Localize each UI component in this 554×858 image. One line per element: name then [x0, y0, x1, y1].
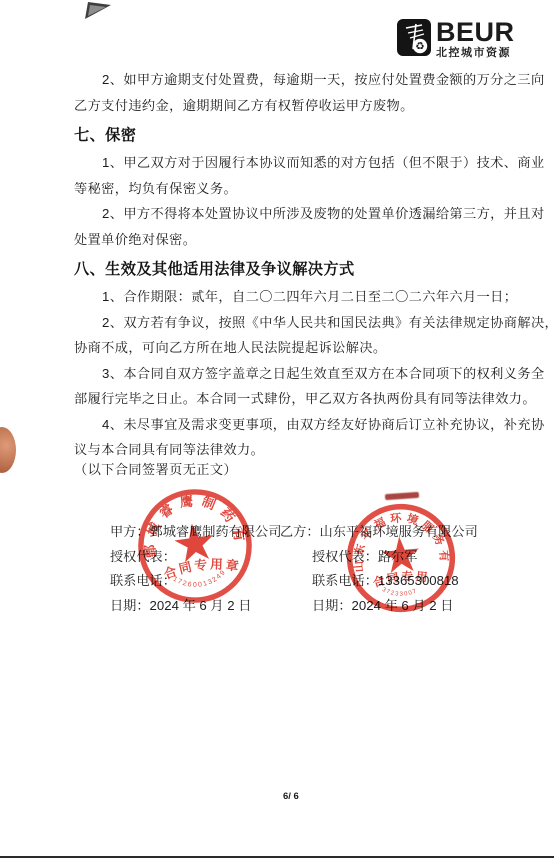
contract-line: 1、甲乙双方对于因履行本协议而知悉的对方包括（但不限于）技术、商业 [74, 150, 494, 176]
seal-b-star-icon [381, 535, 421, 574]
seal-a-star-icon [172, 521, 216, 563]
beur-logo-badge-icon: ♻ [397, 19, 431, 56]
logo-brand-text: BEUR [436, 19, 515, 46]
contract-line: 4、未尽事宜及需求变更事项，由双方经友好协商后订立补充协议，补充协 [74, 412, 494, 438]
contract-line: 2、甲方不得将本处置协议中所涉及废物的处置单价透漏给第三方，并且对 [74, 201, 494, 227]
company-seal-party-a: 鄄城睿鹰制药有限公司 合同专用章 17260013249 [128, 479, 261, 612]
contract-line: 2、双方若有争议，按照《中华人民共和国民法典》有关法律规定协商解决， [74, 310, 494, 336]
contract-line: 乙方支付违约金，逾期期间乙方有权暂停收运甲方废物。 [74, 93, 494, 119]
logo-subtitle-text: 北控城市资源 [436, 48, 515, 59]
contract-line: 等秘密，均负有保密义务。 [74, 176, 494, 202]
company-seal-party-b: 山东平福环境服务有限公司 合同专用章 37233007 [340, 497, 461, 618]
contract-line: 协商不成，可向乙方所在地人民法院提起诉讼解决。 [74, 335, 494, 361]
contract-line: 处置单价绝对保密。 [74, 227, 494, 253]
contract-body: 2、如甲方逾期支付处置费，每逾期一天，按应付处置费金额的万分之三向 乙方支付违约… [74, 67, 494, 482]
contract-line: 3、本合同自双方签字盖章之日起生效直至双方在本合同项下的权利义务全 [74, 361, 494, 387]
contract-page: ♻ BEUR 北控城市资源 2、如甲方逾期支付处置费，每逾期一天，按应付处置费金… [0, 0, 554, 858]
seal-ink-smudge [385, 492, 419, 500]
contract-line: 1、合作期限：贰年，自二〇二四年六月二日至二〇二六年六月一日； [74, 284, 494, 310]
contract-line: 部履行完毕之日止。本合同一式肆份，甲乙双方各执两份具有同等法律效力。 [74, 386, 494, 412]
signing-note: （以下合同签署页无正文） [74, 457, 494, 483]
fingertip-photo-artifact [0, 427, 16, 473]
page-fold-corner-icon [84, 1, 112, 21]
contract-line: 2、如甲方逾期支付处置费，每逾期一天，按应付处置费金额的万分之三向 [74, 67, 494, 93]
beur-logo: ♻ BEUR 北控城市资源 [397, 19, 515, 59]
section-7-heading: 七、保密 [74, 122, 494, 150]
recycle-icon: ♻ [415, 41, 424, 53]
section-8-heading: 八、生效及其他适用法律及争议解决方式 [74, 256, 494, 284]
page-number: 6/ 6 [283, 791, 299, 802]
